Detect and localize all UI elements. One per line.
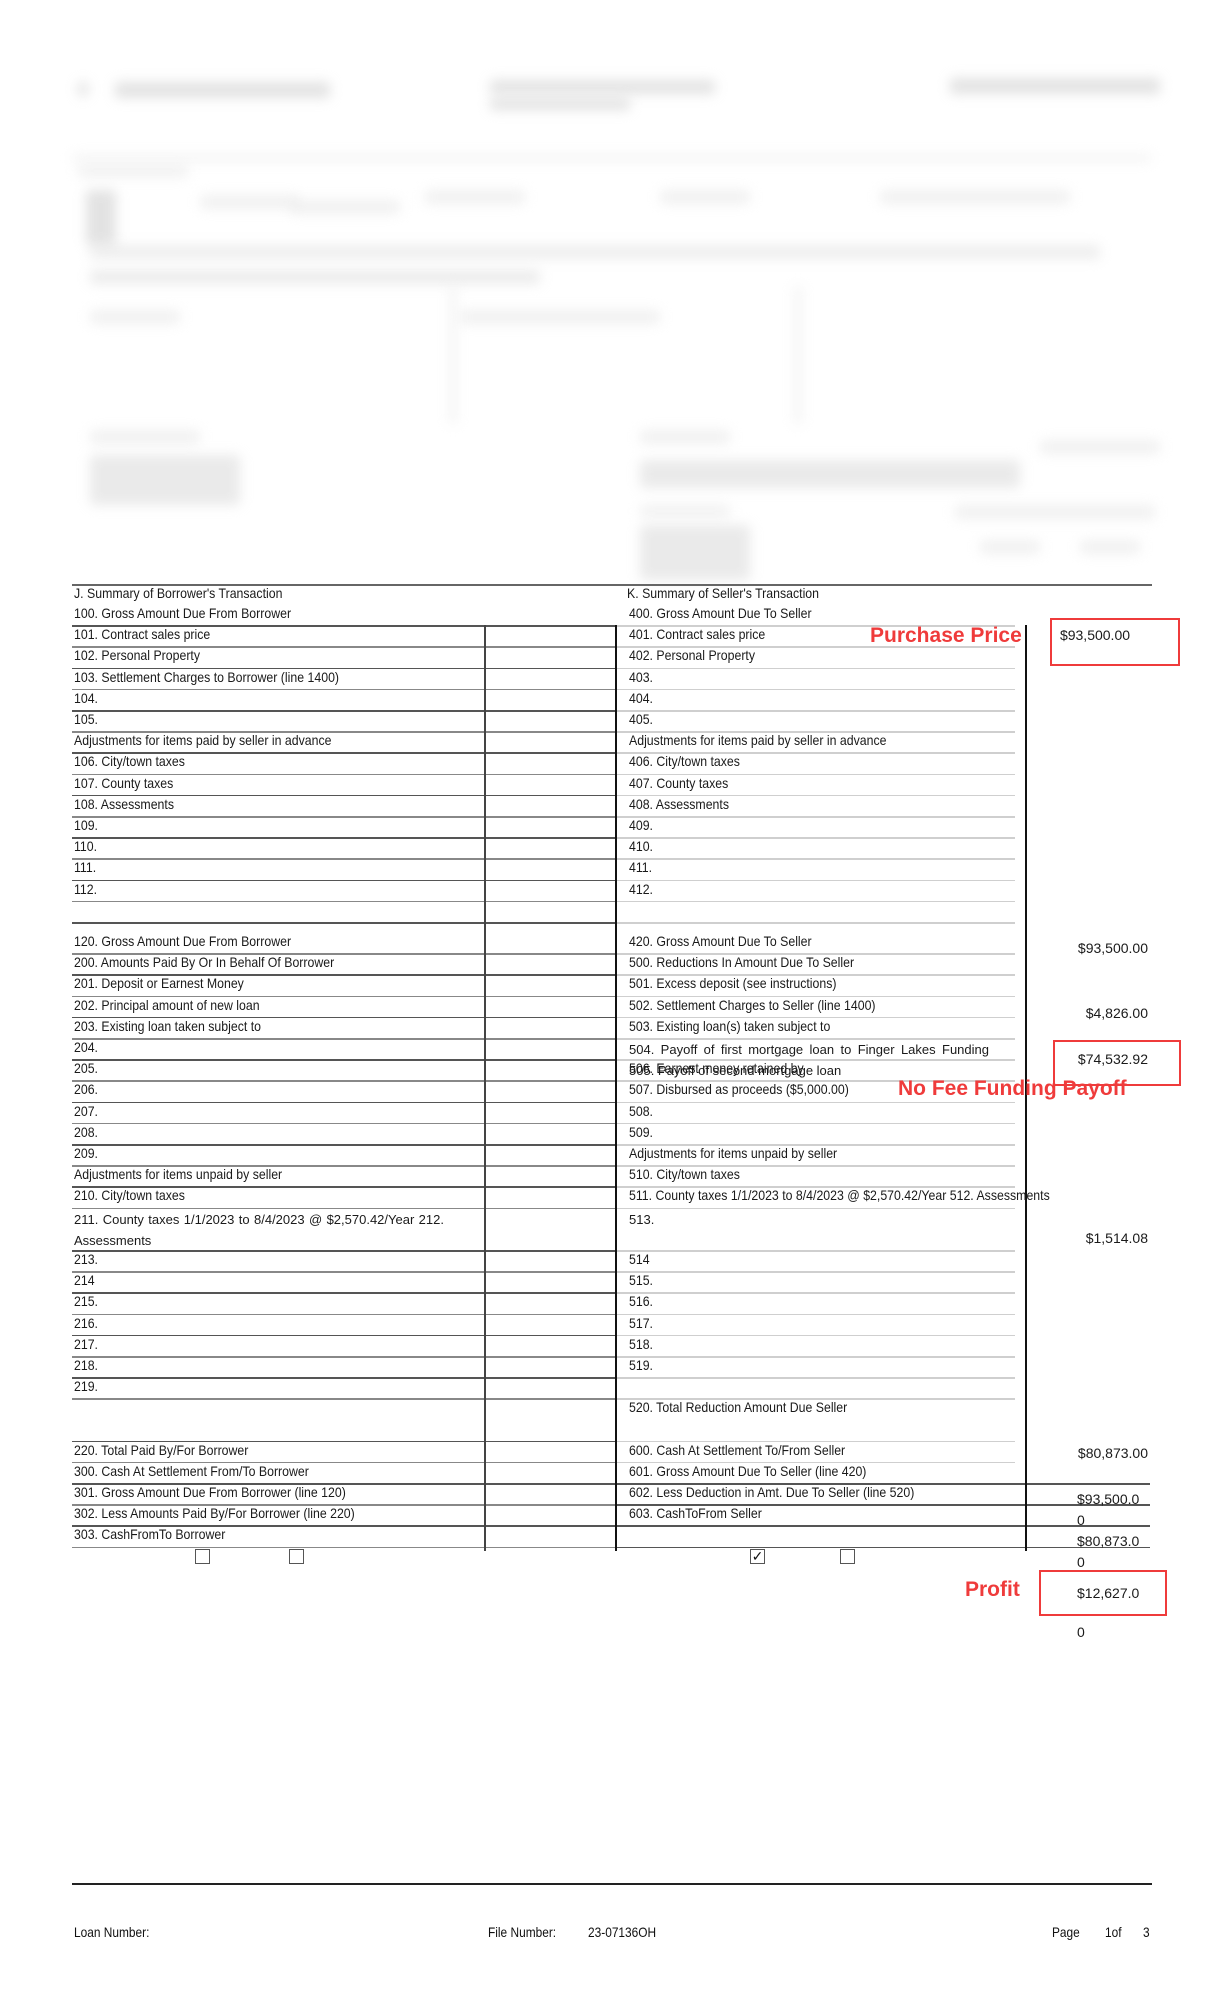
borrower-row: 202. Principal amount of new loan (74, 997, 260, 1014)
redacted-block (450, 285, 456, 425)
seller-row: 501. Excess deposit (see instructions) (629, 975, 836, 992)
seller-row: 514 (629, 1251, 650, 1268)
row-rule (615, 1102, 1015, 1104)
seller-row: 502. Settlement Charges to Seller (line … (629, 997, 876, 1014)
seller-row: Adjustments for items paid by seller in … (629, 732, 886, 749)
row-rule (72, 837, 615, 839)
redacted-block (955, 505, 1155, 519)
row-rule (72, 858, 615, 860)
redacted-block (290, 200, 400, 214)
redacted-block (460, 310, 660, 324)
row-rule (72, 1144, 615, 1146)
seller-row: 508. (629, 1103, 653, 1120)
redacted-block (78, 165, 188, 177)
borrower-row: 103. Settlement Charges to Borrower (lin… (74, 669, 339, 686)
redacted-block (880, 190, 1070, 204)
seller-row: 513. (629, 1209, 989, 1230)
row-rule (72, 880, 615, 882)
seller-row: 602. Less Deduction in Amt. Due To Selle… (629, 1484, 914, 1501)
borrower-cash-from-checkbox[interactable] (195, 1549, 210, 1564)
row-rule (615, 858, 1015, 860)
row-rule (72, 1314, 615, 1316)
row-rule (72, 922, 615, 924)
row-rule (72, 1335, 615, 1337)
borrower-row: 100. Gross Amount Due From Borrower (74, 605, 291, 622)
seller-row: 403. (629, 669, 653, 686)
borrower-row: 201. Deposit or Earnest Money (74, 975, 244, 992)
seller-row: 420. Gross Amount Due To Seller (629, 933, 812, 950)
redacted-block (490, 80, 715, 94)
seller-row: 516. (629, 1293, 653, 1310)
annotation-box-payoff (1053, 1040, 1181, 1086)
row-rule (72, 1123, 615, 1125)
page-total: 3 (1143, 1924, 1150, 1940)
borrower-row: 205. (74, 1060, 98, 1077)
redacted-block (90, 245, 1100, 259)
borrower-row: 211. County taxes 1/1/2023 to 8/4/2023 @… (74, 1209, 444, 1251)
seller-row: 507. Disbursed as proceeds ($5,000.00) (629, 1081, 849, 1098)
footer-rule (72, 1883, 1152, 1885)
borrower-section-title: J. Summary of Borrower's Transaction (74, 585, 282, 602)
page-label: Page (1052, 1924, 1080, 1940)
borrower-row: 302. Less Amounts Paid By/For Borrower (… (74, 1505, 355, 1522)
file-number-label: File Number: (488, 1924, 556, 1940)
row-rule (72, 1059, 615, 1061)
borrower-row: 220. Total Paid By/For Borrower (74, 1442, 248, 1459)
redacted-block (78, 82, 88, 96)
row-rule (72, 1547, 615, 1549)
seller-row: Adjustments for items unpaid by seller (629, 1145, 837, 1162)
borrower-row: 107. County taxes (74, 775, 173, 792)
row-rule (615, 880, 1015, 882)
seller-row: 411. (629, 859, 652, 876)
redacted-block (86, 190, 116, 245)
loan-number-label: Loan Number: (74, 1924, 149, 1940)
row-rule (72, 1356, 615, 1358)
seller-row: 600. Cash At Settlement To/From Seller (629, 1442, 845, 1459)
row-rule (72, 1398, 615, 1400)
value-601-wrap: 0 (1077, 1512, 1085, 1529)
row-rule (72, 1292, 615, 1294)
redacted-block (640, 460, 1020, 488)
borrower-row: 111. (74, 859, 96, 876)
borrower-row: 208. (74, 1124, 98, 1141)
annotation-profit: Profit (965, 1578, 1020, 1602)
redacted-block (1040, 440, 1160, 454)
borrower-row: 218. (74, 1357, 98, 1374)
seller-row: 517. (629, 1315, 653, 1332)
seller-cash-to-checkbox[interactable]: ✓ (750, 1549, 765, 1564)
borrower-row: 106. City/town taxes (74, 753, 185, 770)
borrower-row: 101. Contract sales price (74, 626, 210, 643)
borrower-row: 209. (74, 1145, 98, 1162)
seller-cash-from-checkbox[interactable] (840, 1549, 855, 1564)
redacted-block (660, 190, 750, 204)
borrower-row: 303. CashFromTo Borrower (74, 1526, 225, 1543)
borrower-row: 216. (74, 1315, 98, 1332)
redacted-block (795, 285, 801, 425)
redacted-block (950, 78, 1160, 94)
seller-row: 409. (629, 817, 653, 834)
row-rule (615, 1123, 1015, 1125)
borrower-row: 219. (74, 1378, 98, 1395)
row-rule (72, 710, 615, 712)
borrower-row: 206. (74, 1081, 98, 1098)
seller-row: 511. County taxes 1/1/2023 to 8/4/2023 @… (629, 1187, 1050, 1204)
annotation-purchase-price: Purchase Price (870, 624, 1022, 648)
redacted-block (640, 430, 730, 444)
row-rule (615, 922, 1015, 924)
row-rule (615, 1547, 1150, 1549)
borrower-row: 104. (74, 690, 98, 707)
seller-row: 601. Gross Amount Due To Seller (line 42… (629, 1463, 866, 1480)
row-rule (72, 1038, 615, 1040)
annotation-box-profit (1039, 1570, 1167, 1616)
borrower-row: 110. (74, 838, 97, 855)
row-rule (615, 1335, 1015, 1337)
row-rule (72, 1377, 615, 1379)
seller-row: 520. Total Reduction Amount Due Seller (629, 1399, 847, 1416)
center-divider (615, 625, 617, 1550)
borrower-row: 210. City/town taxes (74, 1187, 185, 1204)
value-602-wrap: 0 (1077, 1554, 1085, 1571)
file-number-value: 23-07136OH (588, 1924, 656, 1940)
value-420-gross-amount: $93,500.00 (1078, 940, 1148, 957)
row-rule (72, 816, 615, 818)
row-rule (615, 1271, 1015, 1273)
seller-row: 406. City/town taxes (629, 753, 740, 770)
row-rule (615, 1250, 1015, 1252)
borrower-row: 214 (74, 1272, 95, 1289)
seller-row: 402. Personal Property (629, 647, 755, 664)
annotation-box-purchase-price (1050, 618, 1180, 666)
borrower-row: 207. (74, 1103, 98, 1120)
redacted-block (115, 82, 330, 98)
value-520-total-reduction: $80,873.00 (1078, 1445, 1148, 1462)
redacted-block (200, 195, 300, 209)
row-rule (615, 837, 1015, 839)
borrower-row: Adjustments for items paid by seller in … (74, 732, 331, 749)
borrower-row: 213. (74, 1251, 98, 1268)
seller-row: 509. (629, 1124, 653, 1141)
seller-row: 404. (629, 690, 653, 707)
seller-row: 500. Reductions In Amount Due To Seller (629, 954, 854, 971)
value-601-gross-due: $93,500.0 (1077, 1491, 1139, 1508)
borrower-row: 203. Existing loan taken subject to (74, 1018, 261, 1035)
seller-row: 405. (629, 711, 653, 728)
redacted-block (640, 505, 730, 517)
redacted-block (90, 430, 200, 444)
value-602-less-deduction: $80,873.0 (1077, 1533, 1139, 1550)
seller-row: 603. CashToFrom Seller (629, 1505, 762, 1522)
row-rule (615, 1314, 1015, 1316)
row-rule (615, 668, 1015, 670)
seller-row: 400. Gross Amount Due To Seller (629, 605, 812, 622)
row-rule (615, 1292, 1015, 1294)
row-rule (615, 689, 1015, 691)
borrower-row: 105. (74, 711, 98, 728)
row-rule (72, 901, 615, 903)
value-511-county-taxes: $1,514.08 (1086, 1230, 1148, 1247)
seller-row: 503. Existing loan(s) taken subject to (629, 1018, 830, 1035)
borrower-row: 109. (74, 817, 98, 834)
redacted-block (980, 540, 1040, 554)
row-rule (615, 901, 1015, 903)
row-rule (615, 710, 1015, 712)
borrower-row: Adjustments for items unpaid by seller (74, 1166, 282, 1183)
borrower-row: 215. (74, 1293, 98, 1310)
seller-row: 408. Assessments (629, 796, 729, 813)
row-rule (72, 1102, 615, 1104)
row-rule (615, 1525, 1150, 1527)
page-current: 1of (1105, 1924, 1122, 1940)
seller-row: 412. (629, 881, 653, 898)
redacted-block (640, 525, 750, 580)
redacted-block (90, 310, 180, 324)
seller-row: 506. Earnest money retained by (629, 1060, 804, 1077)
borrower-row: 102. Personal Property (74, 647, 200, 664)
borrower-row: 204. (74, 1039, 98, 1056)
borrower-row: 108. Assessments (74, 796, 174, 813)
row-rule (615, 1356, 1015, 1358)
borrower-cash-to-checkbox[interactable] (289, 1549, 304, 1564)
row-rule (615, 816, 1015, 818)
value-502-settlement-charges: $4,826.00 (1086, 1005, 1148, 1022)
amount-column-divider (484, 625, 486, 1550)
seller-row: 401. Contract sales price (629, 626, 765, 643)
redacted-block (1080, 540, 1140, 554)
borrower-row: 300. Cash At Settlement From/To Borrower (74, 1463, 309, 1480)
redacted-block (425, 190, 525, 204)
seller-row: 510. City/town taxes (629, 1166, 740, 1183)
borrower-row: 301. Gross Amount Due From Borrower (lin… (74, 1484, 346, 1501)
seller-row: 518. (629, 1336, 653, 1353)
row-rule (615, 1377, 1015, 1379)
borrower-row: 120. Gross Amount Due From Borrower (74, 933, 291, 950)
row-rule (72, 1271, 615, 1273)
redacted-block (90, 455, 240, 505)
borrower-row: 200. Amounts Paid By Or In Behalf Of Bor… (74, 954, 334, 971)
row-rule (72, 1080, 615, 1082)
redacted-block (90, 270, 540, 284)
seller-row: 519. (629, 1357, 653, 1374)
borrower-row: 112. (74, 881, 97, 898)
redacted-block (72, 155, 1152, 161)
value-603-wrap: 0 (1077, 1624, 1085, 1641)
seller-row: 407. County taxes (629, 775, 728, 792)
row-rule (72, 689, 615, 691)
seller-row: 410. (629, 838, 653, 855)
redacted-block (490, 98, 630, 110)
borrower-row: 217. (74, 1336, 98, 1353)
seller-section-title: K. Summary of Seller's Transaction (627, 585, 819, 602)
seller-row: 515. (629, 1272, 653, 1289)
